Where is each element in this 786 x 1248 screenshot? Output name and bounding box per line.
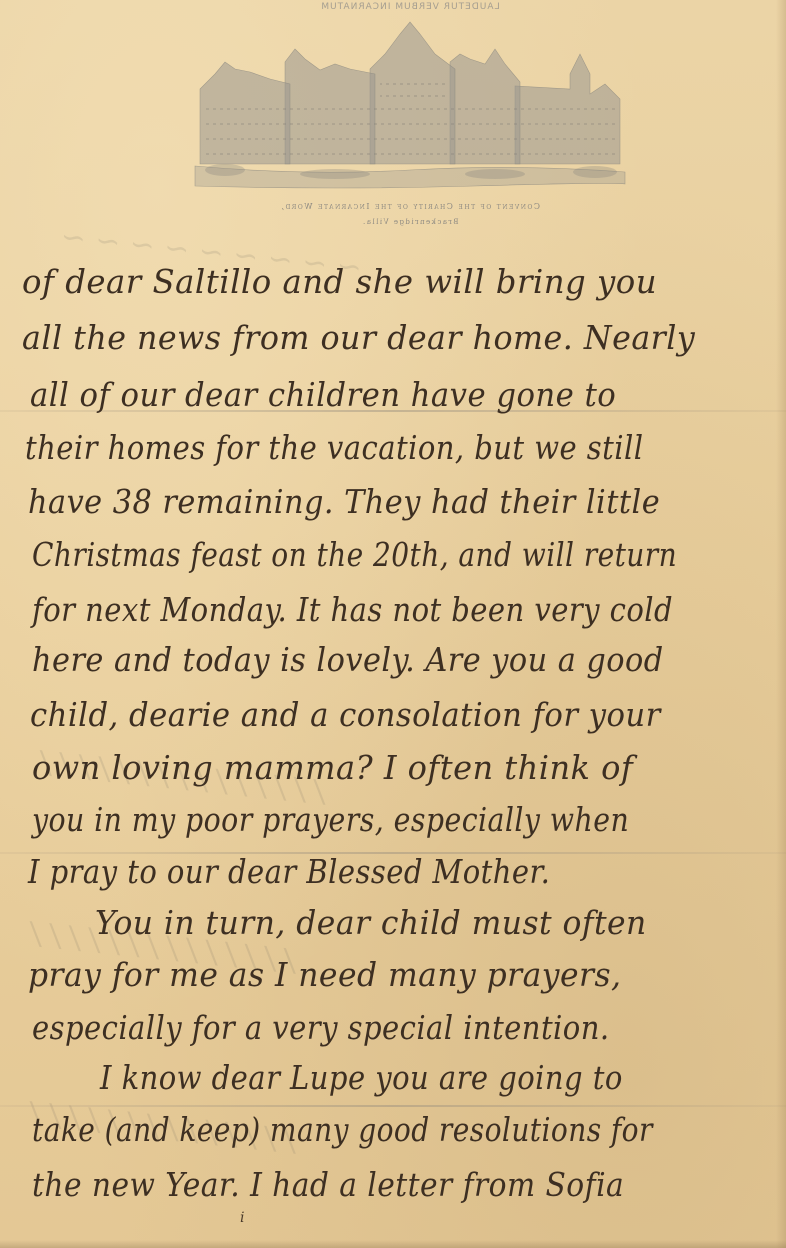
letter-line: all the news from our dear home. Nearly bbox=[22, 318, 695, 357]
letter-line: of dear Saltillo and she will bring you bbox=[22, 262, 657, 301]
letter-line: especially for a very special intention. bbox=[32, 1008, 610, 1047]
stray-ink-mark: i bbox=[240, 1210, 244, 1226]
letter-line: own loving mamma? I often think of bbox=[32, 748, 633, 787]
letter-body: of dear Saltillo and she will bring you … bbox=[0, 0, 786, 1248]
letter-page: LAUDETUR VERBUM INCARNATUM bbox=[0, 0, 786, 1248]
letter-line: I know dear Lupe you are going to bbox=[100, 1058, 623, 1097]
letter-line: for next Monday. It has not been very co… bbox=[32, 590, 673, 629]
letter-line: the new Year. I had a letter from Sofia bbox=[32, 1165, 624, 1204]
letter-line: their homes for the vacation, but we sti… bbox=[25, 428, 643, 467]
letter-line: you in my poor prayers, especially when bbox=[32, 800, 629, 839]
letter-line: child, dearie and a consolation for your bbox=[30, 695, 661, 734]
letter-line: You in turn, dear child must often bbox=[95, 903, 647, 942]
letter-line: take (and keep) many good resolutions fo… bbox=[32, 1110, 653, 1149]
paper-edge-shadow bbox=[0, 1240, 786, 1248]
letter-line: Christmas feast on the 20th, and will re… bbox=[32, 535, 677, 574]
paper-edge-shadow bbox=[776, 0, 786, 1248]
letter-line: have 38 remaining. They had their little bbox=[28, 482, 660, 521]
letter-line: pray for me as I need many prayers, bbox=[28, 955, 621, 994]
letter-line: here and today is lovely. Are you a good bbox=[32, 640, 664, 679]
letter-line: I pray to our dear Blessed Mother. bbox=[28, 852, 550, 891]
letter-line: all of our dear children have gone to bbox=[30, 375, 616, 414]
